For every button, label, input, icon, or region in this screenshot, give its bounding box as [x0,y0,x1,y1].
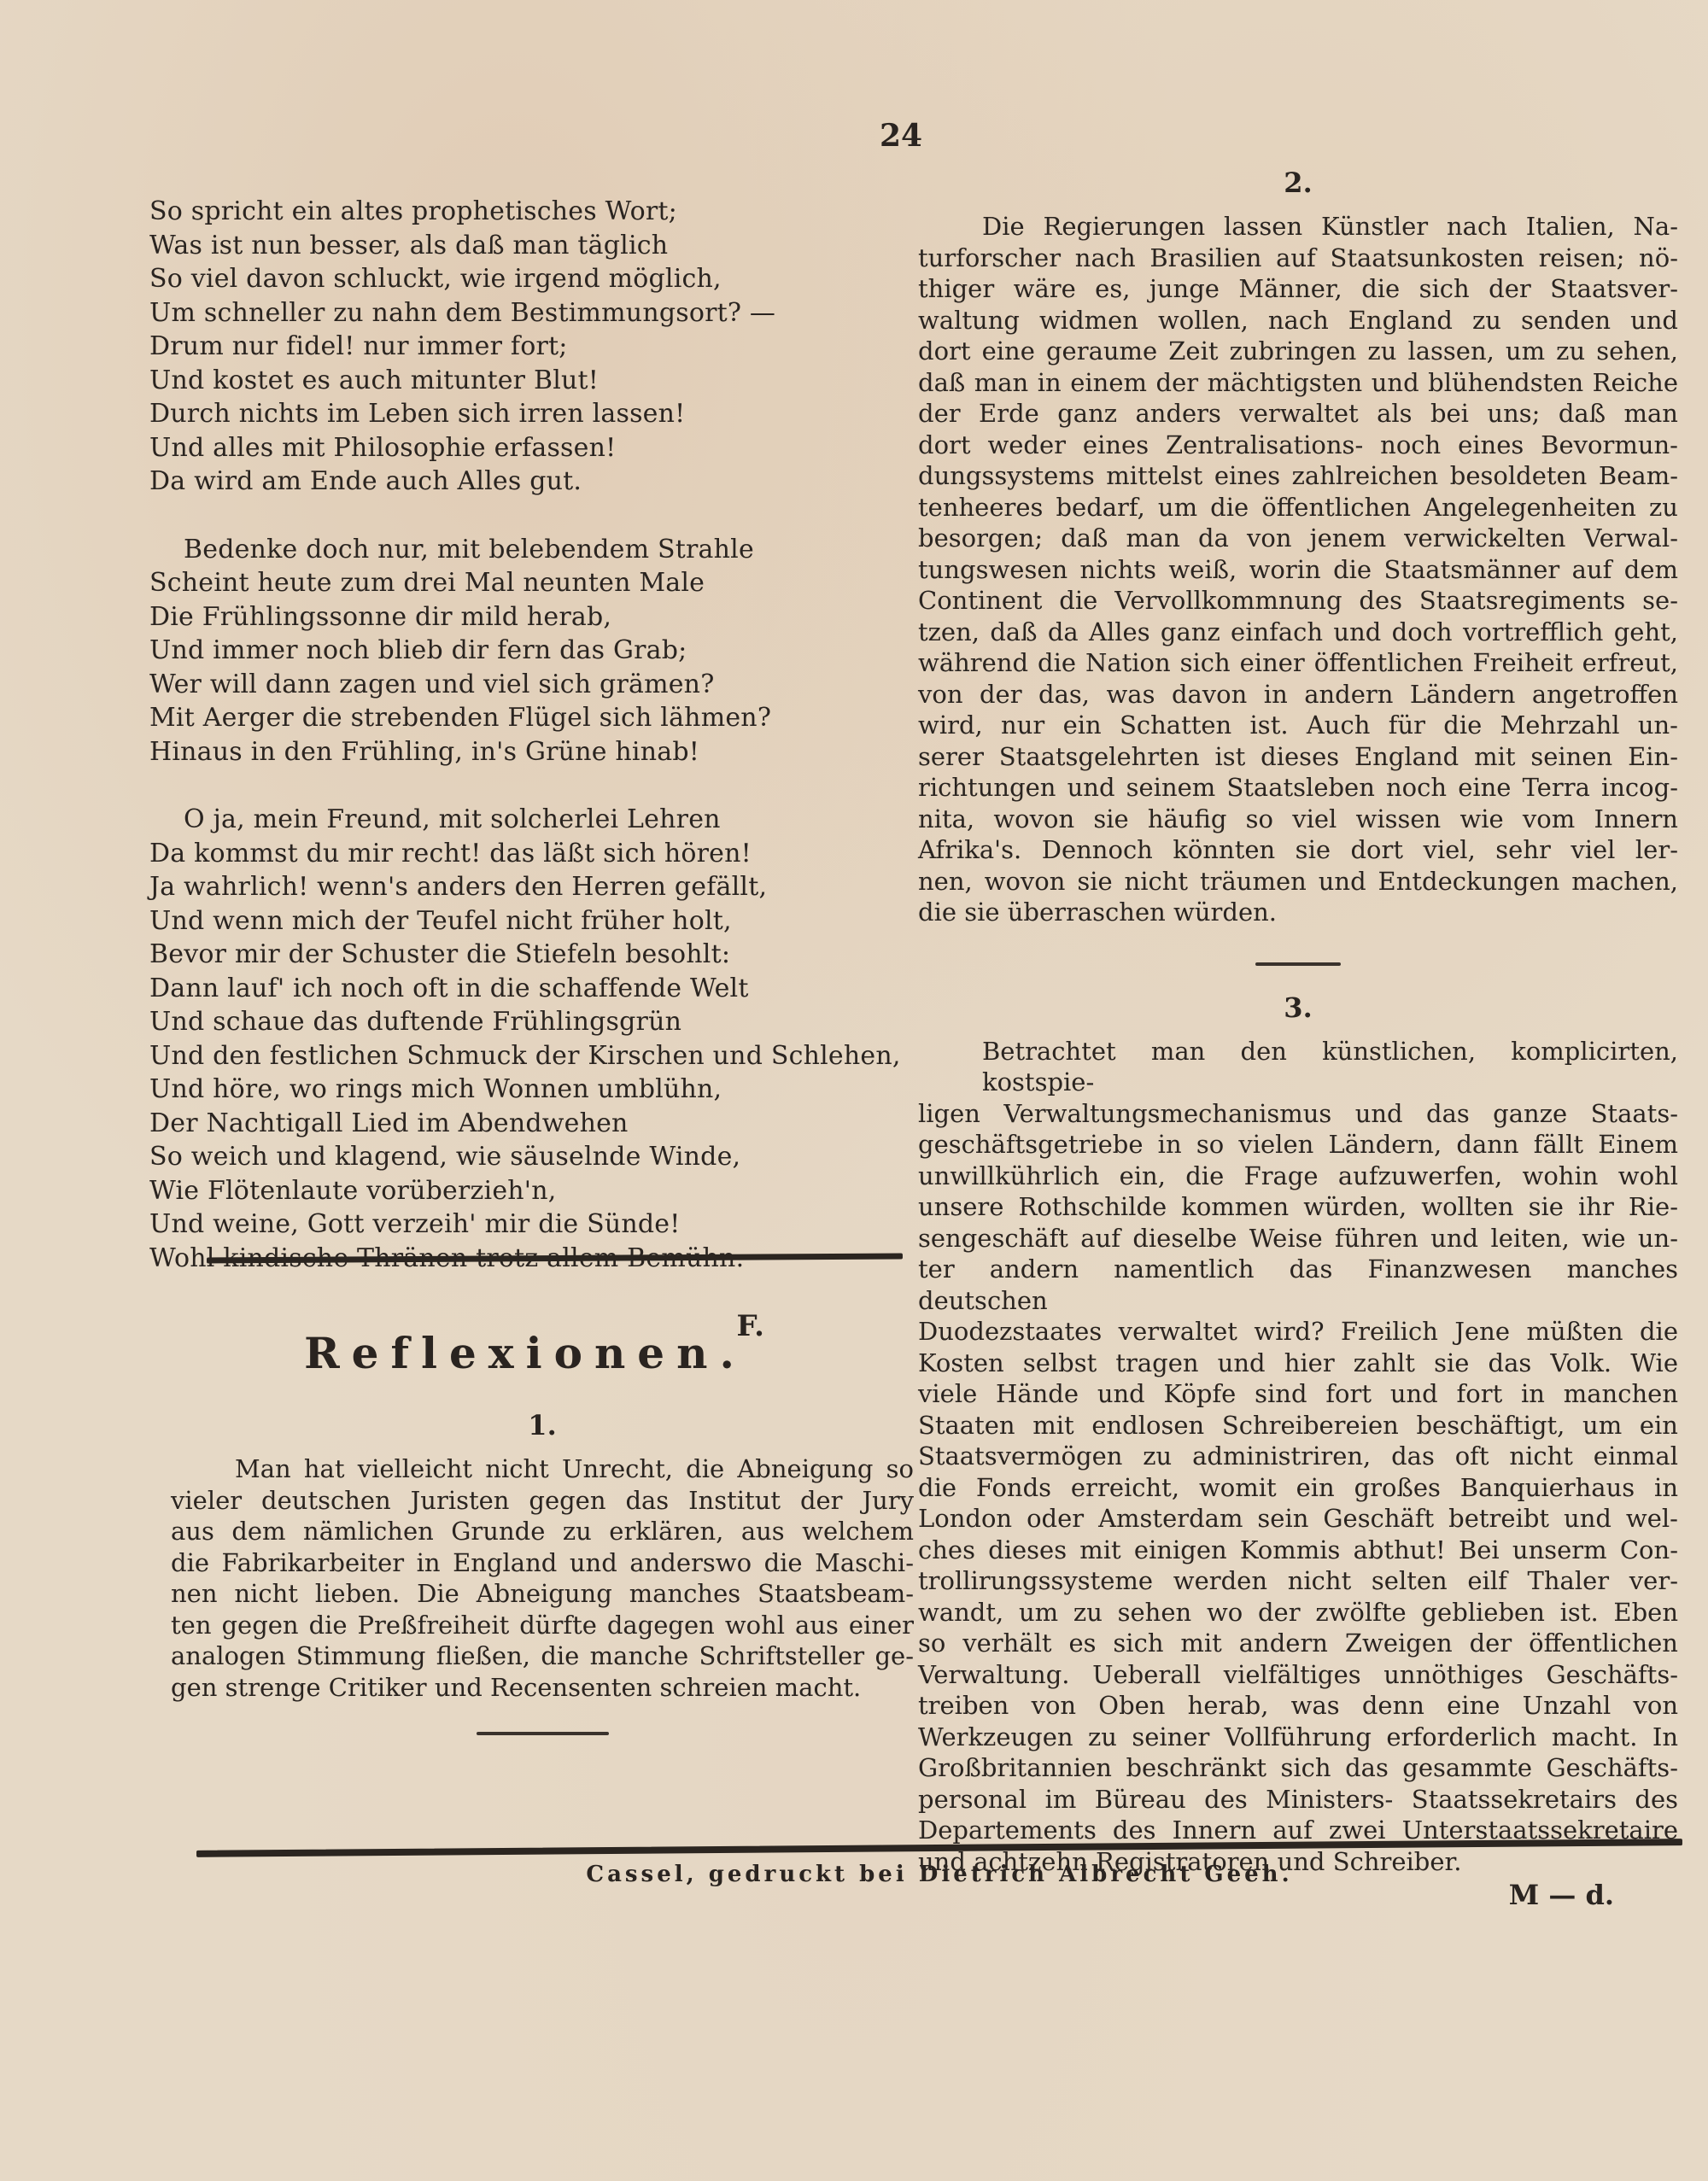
prose-line: die sie überraschen würden. [918,897,1678,928]
prose-line: unsere Rothschilde kommen würden, wollte… [918,1191,1678,1223]
poem-line: Und kostet es auch mitunter Blut! [149,364,901,398]
poem-line: Bedenke doch nur, mit belebendem Strahle [149,533,901,567]
prose-line: treiben von Oben herab, was denn eine Un… [918,1690,1678,1722]
prose-line: Kosten selbst tragen und hier zahlt sie … [918,1348,1678,1379]
prose-line: Duodezstaates verwaltet wird? Freilich J… [918,1316,1678,1348]
prose-line: wandt, um zu sehen wo der zwölfte geblie… [918,1597,1678,1628]
poem-line: Und immer noch blieb dir fern das Grab; [149,634,901,668]
poem-line: Die Frühlingssonne dir mild herab, [149,600,901,634]
poem-line: Dann lauf' ich noch oft in die schaffend… [149,972,901,1006]
poem-line: Wie Flötenlaute vorüberzieh'n, [149,1174,901,1208]
poem-line: Was ist nun besser, als daß man täglich [149,229,901,263]
poem-line: Ja wahrlich! wenn's anders den Herren ge… [149,870,901,904]
printer-imprint: Cassel, gedruckt bei Dietrich Albrecht G… [196,1862,1682,1887]
poem-line: O ja, mein Freund, mit solcherlei Lehren [149,803,901,837]
section-number: 2. [918,167,1678,199]
poem-line: Der Nachtigall Lied im Abendwehen [149,1107,901,1141]
prose-line: Betrachtet man den künstlichen, komplici… [918,1036,1678,1098]
section-separator [477,1732,609,1735]
prose-line: analogen Stimmung fließen, die manche Sc… [171,1640,914,1672]
reflexion-section-1: 1. Man hat vielleicht nicht Unrecht, die… [171,1409,914,1735]
prose-line: Staatsvermögen zu administriren, das oft… [918,1441,1678,1472]
prose-line: vieler deutschen Juristen gegen das Inst… [171,1485,914,1517]
poem-line: So weich und klagend, wie säuselnde Wind… [149,1140,901,1174]
poem-line: Hinaus in den Frühling, in's Grüne hinab… [149,735,901,769]
prose-line: tenheeres bedarf, um die öffentlichen An… [918,492,1678,523]
prose-line: daß man in einem der mächtigsten und blü… [918,367,1678,399]
prose-line: nita, wovon sie häufig so viel wissen wi… [918,804,1678,835]
prose-line: die Fonds erreicht, womit ein großes Ban… [918,1472,1678,1504]
prose-line: thiger wäre es, junge Männer, die sich d… [918,273,1678,305]
prose-line: die Fabrikarbeiter in England und anders… [171,1547,914,1579]
poem-line: Scheint heute zum drei Mal neunten Male [149,566,901,600]
poem-stanza-1: So spricht ein altes prophetisches Wort;… [149,195,901,499]
prose-line: Man hat vielleicht nicht Unrecht, die Ab… [171,1453,914,1485]
poem-line: Da kommst du mir recht! das läßt sich hö… [149,837,901,871]
prose-line: der Erde ganz anders verwaltet als bei u… [918,398,1678,430]
prose-line: dort eine geraume Zeit zubringen zu lass… [918,336,1678,367]
poem-line: Da wird am Ende auch Alles gut. [149,465,901,499]
poem-line: Und weine, Gott verzeih' mir die Sünde! [149,1207,901,1242]
poem-line: So spricht ein altes prophetisches Wort; [149,195,901,229]
prose-line: Großbritannien beschränkt sich das gesam… [918,1752,1678,1784]
prose-line: geschäftsgetriebe in so vielen Ländern, … [918,1129,1678,1161]
prose-line: dort weder eines Zentralisations- noch e… [918,430,1678,461]
prose-line: Verwaltung. Ueberall vielfältiges unnöth… [918,1659,1678,1691]
poem-stanza-2: Bedenke doch nur, mit belebendem Strahle… [149,533,901,769]
poem-line: Mit Aerger die strebenden Flügel sich lä… [149,701,901,735]
prose-line: personal im Büreau des Ministers- Staats… [918,1784,1678,1816]
prose-line: während die Nation sich einer öffentlich… [918,647,1678,679]
section-separator [1255,962,1341,966]
poem-line: Drum nur fidel! nur immer fort; [149,330,901,364]
prose-line: aus dem nämlichen Grunde zu erklären, au… [171,1516,914,1547]
page-number: 24 [880,118,922,154]
prose-line: ligen Verwaltungsmechanismus und das gan… [918,1098,1678,1130]
prose-line: so verhält es sich mit andern Zweigen de… [918,1628,1678,1659]
prose-line: gen strenge Critiker und Recensenten sch… [171,1672,914,1704]
poem-line: Und alles mit Philosophie erfassen! [149,431,901,465]
reflexion-column-right: 2. Die Regierungen lassen Künstler nach … [918,167,1678,1911]
prose-line: viele Hände und Köpfe sind fort und fort… [918,1378,1678,1410]
prose-line: Werkzeugen zu seiner Vollführung erforde… [918,1722,1678,1753]
prose-line: waltung widmen wollen, nach England zu s… [918,305,1678,336]
prose-line: Continent die Vervollkommnung des Staats… [918,585,1678,617]
prose-line: wird, nur ein Schatten ist. Auch für die… [918,710,1678,741]
prose-line: von der das, was davon in andern Ländern… [918,679,1678,710]
prose-line: sengeschäft auf dieselbe Weise führen un… [918,1223,1678,1254]
prose-line: ten gegen die Preßfreiheit dürfte dagege… [171,1610,914,1641]
prose-line: Afrika's. Dennoch könnten sie dort viel,… [918,834,1678,866]
prose-line: ches dieses mit einigen Kommis abthut! B… [918,1535,1678,1566]
prose-line: tzen, daß da Alles ganz einfach und doch… [918,617,1678,648]
poem-line: So viel davon schluckt, wie irgend mögli… [149,262,901,296]
poem-stanza-3: O ja, mein Freund, mit solcherlei Lehren… [149,803,901,1275]
section-number: 1. [171,1409,914,1441]
prose-line: ter andern namentlich das Finanzwesen ma… [918,1254,1678,1316]
prose-line: besorgen; daß man da von jenem verwickel… [918,523,1678,554]
prose-line: tungswesen nichts weiß, worin die Staats… [918,554,1678,586]
prose-line: nen, wovon sie nicht träumen und Entdeck… [918,866,1678,898]
poem-column: So spricht ein altes prophetisches Wort;… [149,195,901,1343]
poem-line: Um schneller zu nahn dem Bestimmungsort?… [149,296,901,330]
reflexion-section-3: 3. Betrachtet man den künstlichen, kompl… [918,991,1678,1912]
reflexion-section-2: 2. Die Regierungen lassen Künstler nach … [918,167,1678,966]
prose-line: dungssystems mittelst eines zahlreichen … [918,460,1678,492]
poem-line: Bevor mir der Schuster die Stiefeln beso… [149,938,901,972]
prose-line: serer Staatsgelehrten ist dieses England… [918,741,1678,773]
poem-line: Und wenn mich der Teufel nicht früher ho… [149,904,901,938]
poem-line: Wer will dann zagen und viel sich grämen… [149,668,901,702]
prose-line: Die Regierungen lassen Künstler nach Ita… [918,211,1678,243]
poem-line: Und höre, wo rings mich Wonnen umblühn, [149,1073,901,1107]
prose-line: trollirungssysteme werden nicht selten e… [918,1565,1678,1597]
poem-line: Durch nichts im Leben sich irren lassen! [149,397,901,431]
prose-line: unwillkührlich ein, die Frage aufzuwerfe… [918,1161,1678,1192]
prose-line: Staaten mit endlosen Schreibereien besch… [918,1410,1678,1441]
prose-line: turforscher nach Brasilien auf Staatsunk… [918,243,1678,274]
prose-line: nen nicht lieben. Die Abneigung manches … [171,1578,914,1610]
poem-line: Und den festlichen Schmuck der Kirschen … [149,1039,901,1073]
poem-line: Und schaue das duftende Frühlingsgrün [149,1005,901,1039]
prose-line: richtungen und seinem Staatsleben noch e… [918,772,1678,804]
prose-line: London oder Amsterdam sein Geschäft betr… [918,1503,1678,1535]
section-number: 3. [918,991,1678,1024]
section-title: Reflexionen. [149,1328,901,1378]
